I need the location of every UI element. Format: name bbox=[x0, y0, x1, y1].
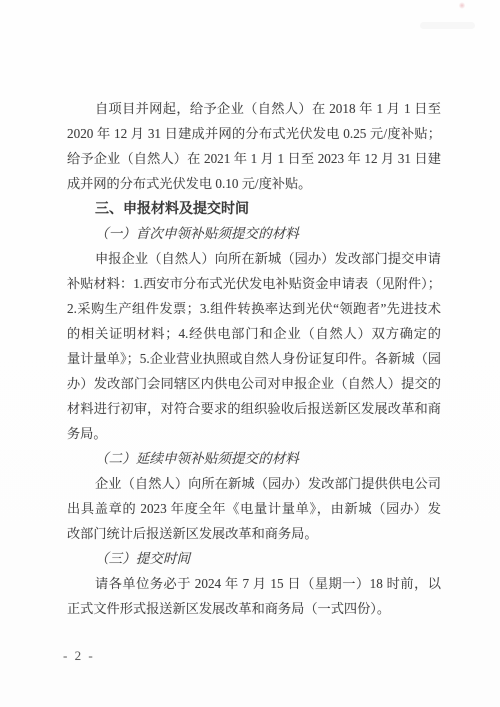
document-line: 出具盖章的 2023 年度全年《电量计量单》，由新城（园办）发 bbox=[67, 496, 441, 521]
document-line: 改部门统计后报送新区发展改革和商务局。 bbox=[67, 521, 441, 546]
document-line: 2020 年 12 月 31 日建成并网的分布式光伏发电 0.25 元/度补贴； bbox=[67, 121, 441, 146]
document-line: 企业（自然人）向所在新城（园办）发改部门提供供电公司 bbox=[67, 471, 441, 496]
section-heading: 三、申报材料及提交时间 bbox=[67, 196, 441, 221]
document-line: 量计量单》；5.企业营业执照或自然人身份证复印件。各新城（园 bbox=[67, 346, 441, 371]
scan-artifact-dot bbox=[459, 2, 465, 9]
document-line: 材料进行初审，对符合要求的组织验收后报送新区发展改革和商 bbox=[67, 396, 441, 421]
document-line: 的相关证明材料；4.经供电部门和企业（自然人）双方确定的《电 bbox=[67, 321, 441, 346]
document-line: 2.采购生产组件发票；3.组件转换率达到光伏“领跑者”先进技术 bbox=[67, 296, 441, 321]
document-line: 正式文件形式报送新区发展改革和商务局（一式四份）。 bbox=[67, 596, 441, 621]
document-line: 务局。 bbox=[67, 421, 441, 446]
document-line: 申报企业（自然人）向所在新城（园办）发改部门提交申请 bbox=[67, 246, 441, 271]
sub-heading: （二）延续申领补贴须提交的材料 bbox=[67, 446, 441, 471]
document-line: 办）发改部门会同辖区内供电公司对申报企业（自然人）提交的 bbox=[67, 371, 441, 396]
document-line: 补贴材料：1.西安市分布式光伏发电补贴资金申请表（见附件）； bbox=[67, 271, 441, 296]
document-line: 请各单位务必于 2024 年 7 月 15 日（星期一）18 时前，以 bbox=[67, 571, 441, 596]
document-line: 自项目并网起，给予企业（自然人）在 2018 年 1 月 1 日至 bbox=[67, 96, 441, 121]
page-number: - 2 - bbox=[63, 646, 95, 666]
sub-heading: （三）提交时间 bbox=[67, 546, 441, 571]
document-page: 自项目并网起，给予企业（自然人）在 2018 年 1 月 1 日至2020 年 … bbox=[0, 0, 500, 707]
document-line: 成并网的分布式光伏发电 0.10 元/度补贴。 bbox=[67, 171, 441, 196]
document-body: 自项目并网起，给予企业（自然人）在 2018 年 1 月 1 日至2020 年 … bbox=[67, 96, 441, 621]
sub-heading: （一）首次申领补贴须提交的材料 bbox=[67, 221, 441, 246]
scan-artifact-smudge bbox=[420, 22, 475, 29]
document-line: 给予企业（自然人）在 2021 年 1 月 1 日至 2023 年 12 月 3… bbox=[67, 146, 441, 171]
